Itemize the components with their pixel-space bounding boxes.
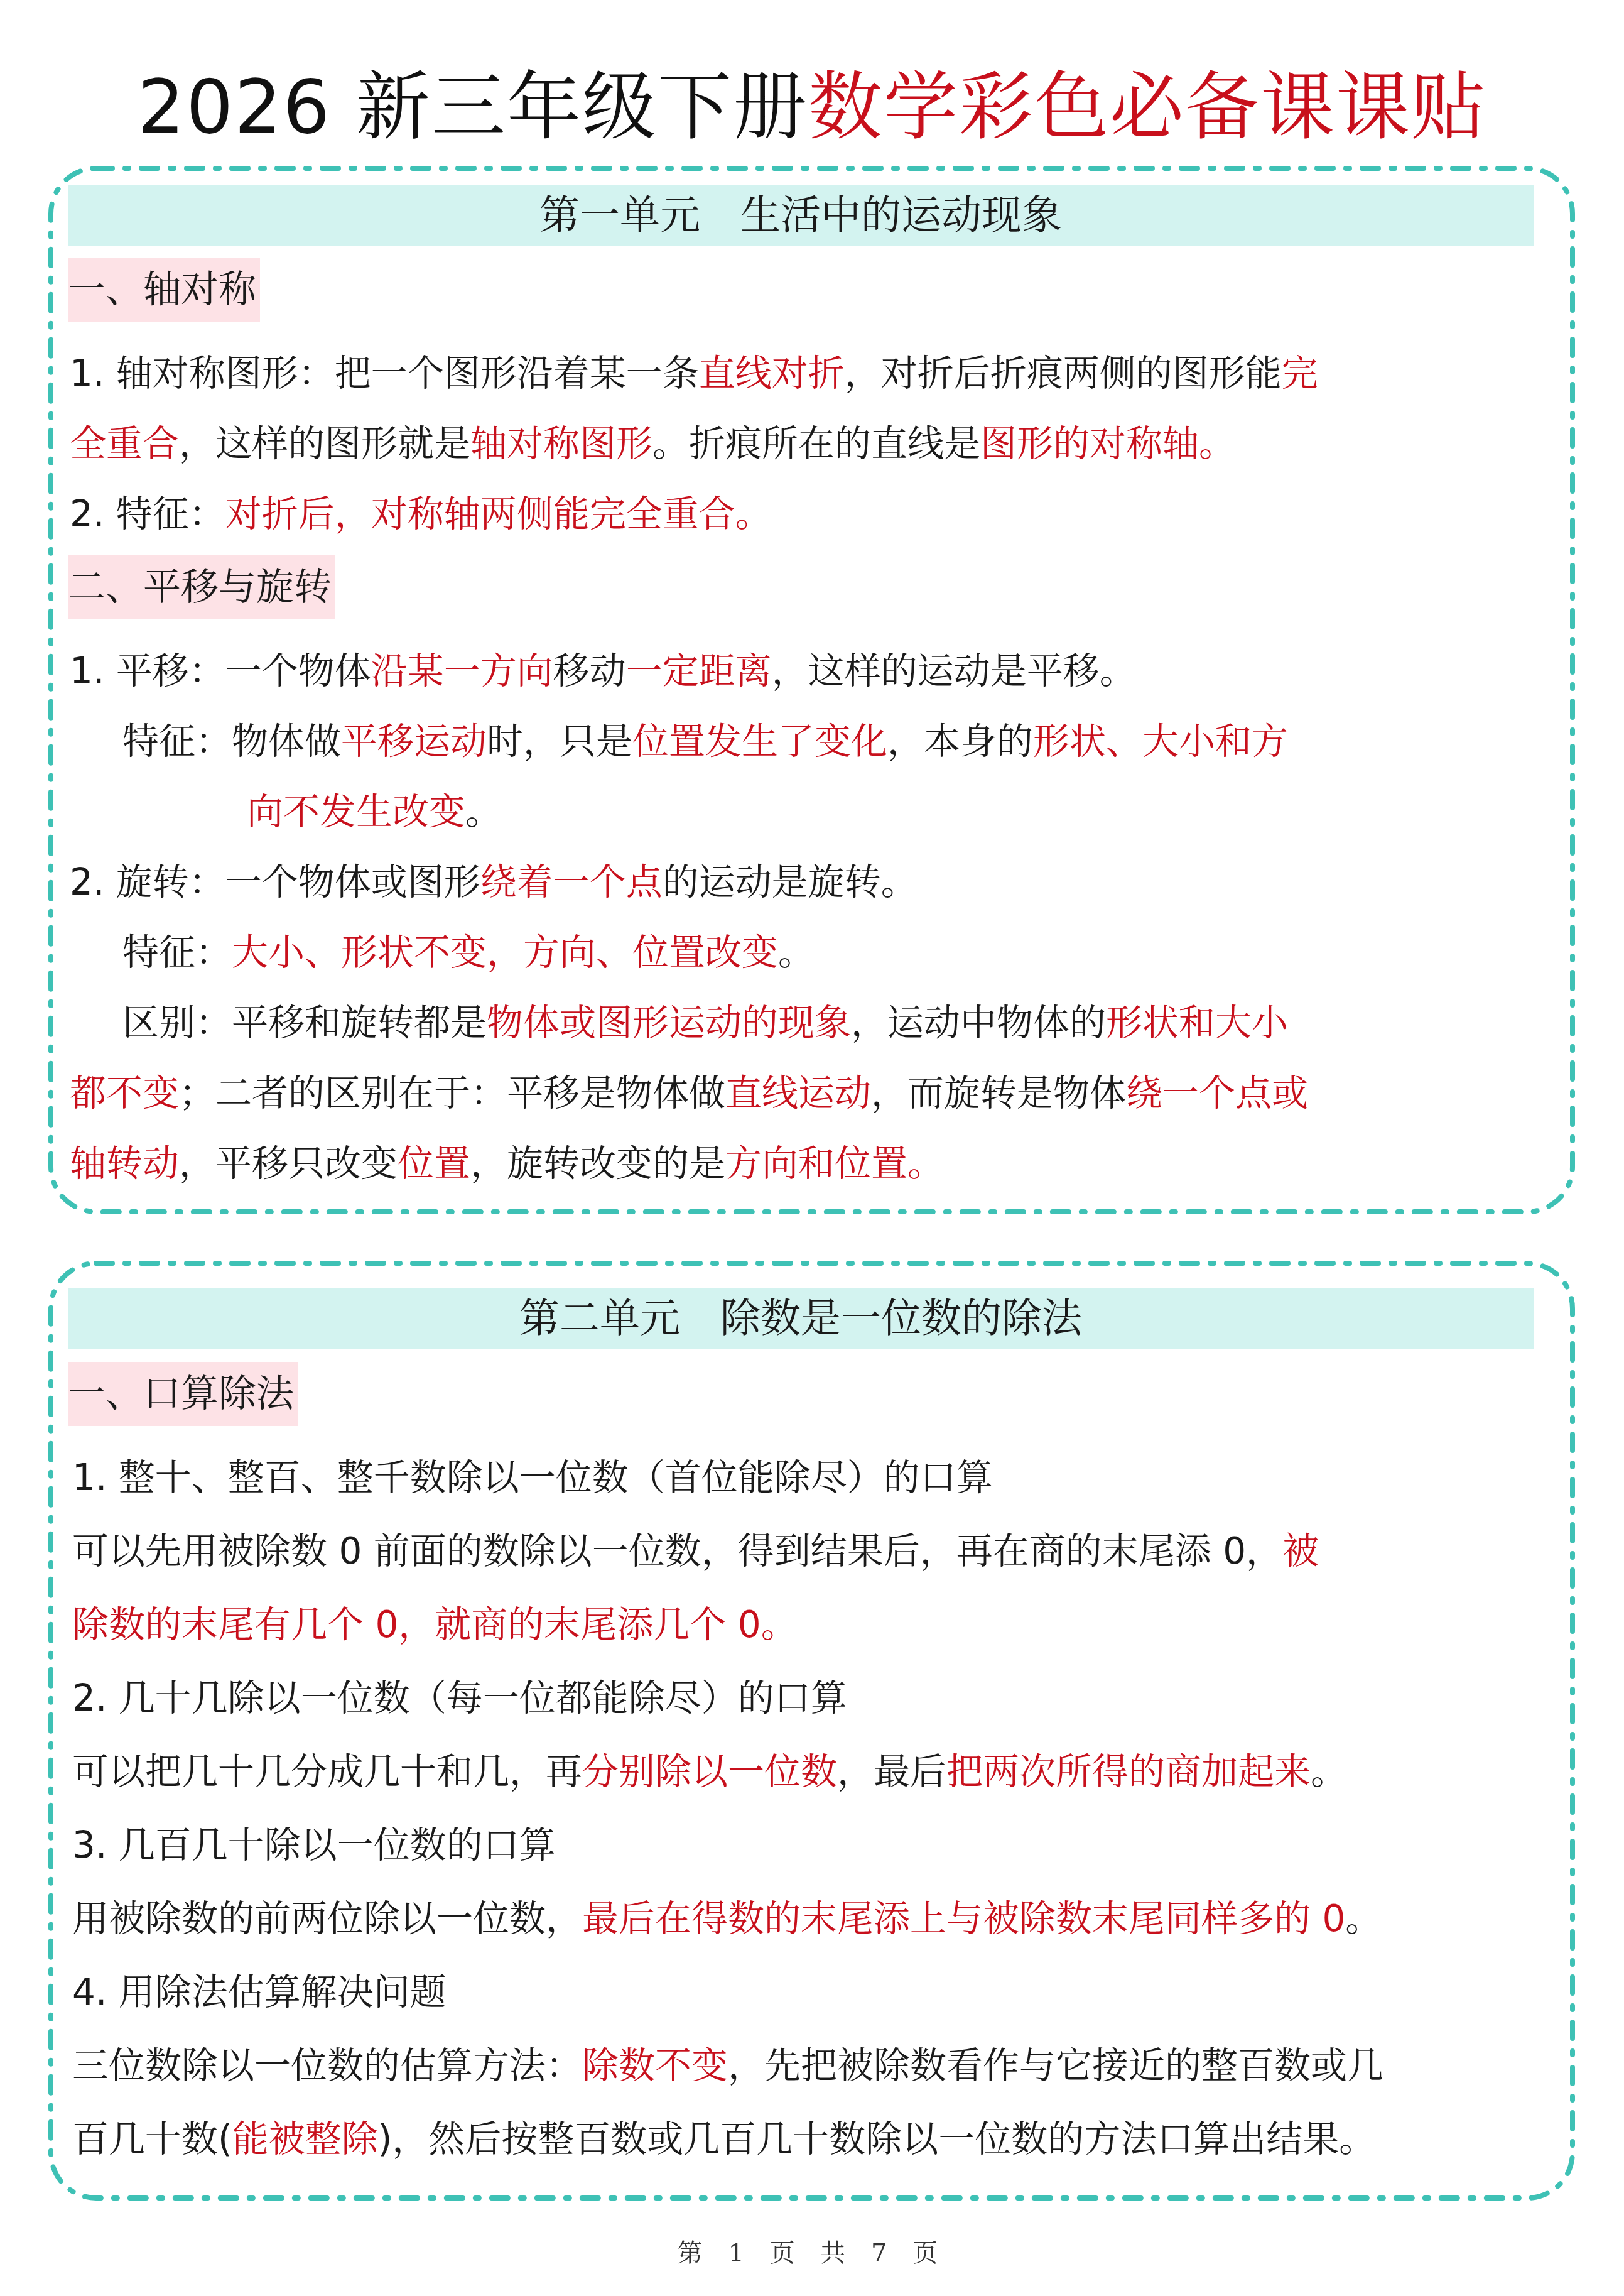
body-text: ，旋转改变的是	[470, 1142, 725, 1185]
unit2-header: 第二单元 除数是一位数的除法	[68, 1288, 1534, 1349]
highlight-text: 把两次所得的商加起来	[946, 1750, 1311, 1793]
unit2-s1-line-7: 4. 用除法估算解决问题	[72, 1967, 447, 2017]
body-text: 。折痕所在的直线是	[652, 422, 980, 465]
body-text: 。	[465, 790, 502, 833]
highlight-text: 最后在得数的末尾添上与被除数末尾同样多的 0	[582, 1897, 1345, 1940]
highlight-text: 除数的末尾有几个 0，就商的末尾添几个 0。	[72, 1603, 798, 1646]
unit1-section2-header: 二、平移与旋转	[68, 555, 335, 619]
body-text: 。	[778, 931, 815, 974]
highlight-text: 图形的对称轴。	[980, 422, 1235, 465]
unit2-section1-header: 一、口算除法	[68, 1362, 298, 1426]
body-text: ，最后	[837, 1750, 946, 1793]
highlight-text: 除数不变	[582, 2044, 728, 2087]
body-text: ；二者的区别在于：平移是物体做	[179, 1072, 725, 1114]
unit2-s1-line-8: 三位数除以一位数的估算方法：除数不变，先把被除数看作与它接近的整百数或几	[72, 2040, 1383, 2091]
highlight-text: 形状和大小	[1106, 1001, 1288, 1044]
highlight-text: 位置发生了变化	[632, 720, 887, 763]
unit1-s2-line-4: 特征：大小、形状不变，方向、位置改变。	[122, 927, 815, 977]
page-footer: 第 1 页 共 7 页	[0, 2238, 1624, 2269]
unit2-s1-line-9: 百几十数(能被整除)，然后按整百数或几百几十数除以一位数的方法口算出结果。	[72, 2114, 1375, 2164]
highlight-text: 平移运动	[341, 720, 487, 763]
highlight-text: 分别除以一位数	[582, 1750, 837, 1793]
highlight-text: 绕着一个点	[480, 861, 663, 903]
page-title: 2026 新三年级下册数学彩色必备课课贴	[0, 60, 1624, 154]
highlight-text: 方向和位置。	[725, 1142, 944, 1185]
highlight-text: 绕一个点或	[1126, 1072, 1308, 1114]
highlight-text: 向不发生改变	[247, 790, 465, 833]
unit1-header: 第一单元 生活中的运动现象	[68, 185, 1534, 246]
body-text: 时，只是	[487, 720, 632, 763]
highlight-text: 都不变	[70, 1072, 179, 1114]
highlight-text: 轴对称图形	[470, 422, 652, 465]
body-text: 可以把几十几分成几十和几，再	[72, 1750, 582, 1793]
body-text: 1. 平移：一个物体	[70, 650, 371, 692]
body-text: 1. 轴对称图形：把一个图形沿着某一条	[70, 352, 699, 394]
unit1-section1-header: 一、轴对称	[68, 258, 260, 322]
highlight-text: 大小、形状不变，方向、位置改变	[232, 931, 778, 974]
highlight-text: 一定距离	[626, 650, 772, 692]
body-text: ，本身的	[887, 720, 1033, 763]
body-text: 三位数除以一位数的估算方法：	[72, 2044, 582, 2087]
body-text: ，这样的图形就是	[179, 422, 470, 465]
highlight-text: 沿某一方向	[371, 650, 553, 692]
body-text: 可以先用被除数 0 前面的数除以一位数，得到结果后，再在商的末尾添 0，	[72, 1530, 1282, 1572]
unit1-s2-line-1: 特征：物体做平移运动时，只是位置发生了变化，本身的形状、大小和方	[122, 716, 1288, 766]
body-text: 特征：物体做	[122, 720, 341, 763]
body-text: 1. 整十、整百、整千数除以一位数（首位能除尽）的口算	[72, 1456, 993, 1499]
body-text: 2. 几十几除以一位数（每一位都能除尽）的口算	[72, 1677, 847, 1719]
body-text: 区别：平移和旋转都是	[122, 1001, 487, 1044]
unit2-s1-line-0: 1. 整十、整百、整千数除以一位数（首位能除尽）的口算	[72, 1452, 993, 1503]
unit1-s2-line-0: 1. 平移：一个物体沿某一方向移动一定距离，这样的运动是平移。	[70, 646, 1136, 696]
body-text: ，先把被除数看作与它接近的整百数或几	[728, 2044, 1383, 2087]
unit1-s2-line-2: 向不发生改变。	[247, 786, 502, 837]
unit1-s1-line-1: 全重合，这样的图形就是轴对称图形。折痕所在的直线是图形的对称轴。	[70, 418, 1235, 469]
unit1-s2-line-7: 轴转动，平移只改变位置，旋转改变的是方向和位置。	[70, 1138, 944, 1189]
highlight-text: 全重合	[70, 422, 179, 465]
body-text: 用被除数的前两位除以一位数，	[72, 1897, 582, 1940]
body-text: 。	[1345, 1897, 1382, 1940]
unit1-s1-line-2: 2. 特征：对折后，对称轴两侧能完全重合。	[70, 489, 772, 539]
highlight-text: 形状、大小和方	[1033, 720, 1288, 763]
body-text: 特征：	[122, 931, 232, 974]
highlight-text: 直线运动	[725, 1072, 871, 1114]
body-text: ，对折后折痕两侧的图形能	[845, 352, 1282, 394]
body-text: 移动	[553, 650, 626, 692]
highlight-text: 直线对折	[699, 352, 845, 394]
highlight-text: 位置	[398, 1142, 470, 1185]
title-red-part: 数学彩色必备课课贴	[808, 63, 1486, 150]
highlight-text: 能被整除	[232, 2118, 378, 2160]
body-text: 4. 用除法估算解决问题	[72, 1971, 447, 2013]
unit1-card: 第一单元 生活中的运动现象 一、轴对称 1. 轴对称图形：把一个图形沿着某一条直…	[47, 165, 1576, 1216]
unit2-s1-line-2: 除数的末尾有几个 0，就商的末尾添几个 0。	[72, 1599, 798, 1650]
highlight-text: 物体或图形运动的现象	[487, 1001, 851, 1044]
body-text: ，运动中物体的	[851, 1001, 1106, 1044]
highlight-text: 完	[1282, 352, 1318, 394]
body-text: 3. 几百几十除以一位数的口算	[72, 1824, 556, 1866]
body-text: 。	[1311, 1750, 1347, 1793]
body-text: ，而旋转是物体	[871, 1072, 1126, 1114]
highlight-text: 被	[1282, 1530, 1319, 1572]
unit1-s2-line-3: 2. 旋转：一个物体或图形绕着一个点的运动是旋转。	[70, 857, 918, 907]
unit1-s1-line-0: 1. 轴对称图形：把一个图形沿着某一条直线对折，对折后折痕两侧的图形能完	[70, 348, 1318, 398]
body-text: 2. 特征：	[70, 492, 225, 535]
highlight-text: 对折后，对称轴两侧能完全重合。	[225, 492, 772, 535]
unit1-s2-line-5: 区别：平移和旋转都是物体或图形运动的现象，运动中物体的形状和大小	[122, 998, 1288, 1048]
unit1-s2-line-6: 都不变；二者的区别在于：平移是物体做直线运动，而旋转是物体绕一个点或	[70, 1068, 1308, 1118]
unit2-card: 第二单元 除数是一位数的除法 一、口算除法 1. 整十、整百、整千数除以一位数（…	[47, 1260, 1576, 2202]
title-black-part: 2026 新三年级下册	[138, 63, 808, 150]
unit2-s1-line-6: 用被除数的前两位除以一位数，最后在得数的末尾添上与被除数末尾同样多的 0。	[72, 1893, 1382, 1944]
body-text: )，然后按整百数或几百几十数除以一位数的方法口算出结果。	[378, 2118, 1376, 2160]
body-text: 的运动是旋转。	[663, 861, 918, 903]
unit2-s1-line-3: 2. 几十几除以一位数（每一位都能除尽）的口算	[72, 1673, 847, 1723]
body-text: ，平移只改变	[179, 1142, 398, 1185]
body-text: 百几十数(	[72, 2118, 232, 2160]
body-text: ，这样的运动是平移。	[772, 650, 1136, 692]
unit2-s1-line-1: 可以先用被除数 0 前面的数除以一位数，得到结果后，再在商的末尾添 0，被	[72, 1526, 1319, 1576]
unit2-s1-line-5: 3. 几百几十除以一位数的口算	[72, 1820, 556, 1870]
unit2-s1-line-4: 可以把几十几分成几十和几，再分别除以一位数，最后把两次所得的商加起来。	[72, 1746, 1347, 1797]
highlight-text: 轴转动	[70, 1142, 179, 1185]
body-text: 2. 旋转：一个物体或图形	[70, 861, 480, 903]
